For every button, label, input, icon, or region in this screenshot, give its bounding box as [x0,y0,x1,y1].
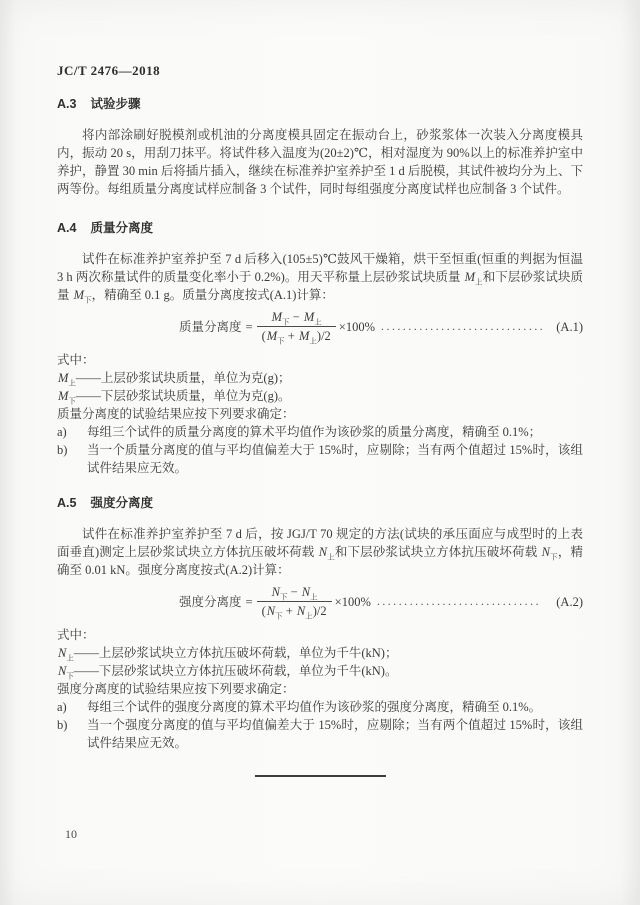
list-text: 每组三个试件的强度分离度的算术平均值作为该砂浆的强度分离度，精确至 0.1%。 [87,698,583,716]
where-label: 式中： [57,351,583,369]
formula-multiplier: ×100% [336,318,375,336]
equals-sign: = [242,593,257,611]
formula-a2: 强度分离度 = N下 − N上 (N下 + N上)/2 ×100% ......… [57,584,583,619]
result-intro: 强度分离度的试验结果应按下列要求确定： [57,680,583,698]
definition-line: N下——下层砂浆试块立方体抗压破坏荷载，单位为千牛(kN)。 [57,662,583,680]
section-number: A.5 [57,496,76,510]
definition-line: M上——上层砂浆试块质量，单位为克(g)； [57,369,583,387]
page-number: 10 [65,825,77,843]
fraction: N下 − N上 (N下 + N上)/2 [257,584,332,619]
paragraph-a3: 将内部涂刷好脱模剂或机油的分离度模具固定在振动台上，砂浆浆体一次装入分离度模具内… [57,126,583,198]
list-marker: a) [57,698,87,716]
formula-label: (A.2) [556,593,583,611]
end-of-document-rule [255,775,386,777]
section-heading-a4: A.4质量分离度 [57,219,583,237]
section-title: 试验步骤 [90,97,140,111]
paragraph-a4: 试件在标准养护室养护至 7 d 后移入(105±5)℃鼓风干燥箱，烘干至恒重(恒… [57,250,583,304]
doc-number: JC/T 2476—2018 [57,62,583,80]
list-text: 每组三个试件的质量分离度的算术平均值作为该砂浆的质量分离度，精确至 0.1%； [87,423,583,441]
section-title: 强度分离度 [90,496,153,510]
definition-line: M下——下层砂浆试块质量，单位为克(g)。 [57,387,583,405]
formula-label: (A.1) [556,318,583,336]
list-marker: b) [57,441,87,477]
list-marker: b) [57,716,87,752]
list-text: 当一个强度分离度的值与平均值偏差大于 15%时，应剔除；当有两个值超过 15%时… [87,716,583,752]
formula-lhs: 强度分离度 [179,593,242,611]
list-marker: a) [57,423,87,441]
fraction: M下 − M上 (M下 + M上)/2 [257,309,336,344]
document-page: JC/T 2476—2018 A.3试验步骤 将内部涂刷好脱模剂或机油的分离度模… [0,0,640,905]
section-heading-a5: A.5强度分离度 [57,494,583,512]
formula-multiplier: ×100% [332,593,371,611]
list-item: b) 当一个质量分离度的值与平均值偏差大于 15%时，应剔除；当有两个值超过 1… [57,441,583,477]
list-item: a) 每组三个试件的强度分离度的算术平均值作为该砂浆的强度分离度，精确至 0.1… [57,698,583,716]
list-text: 当一个质量分离度的值与平均值偏差大于 15%时，应剔除；当有两个值超过 15%时… [87,441,583,477]
fraction-numerator: M下 − M上 [257,309,336,327]
section-number: A.3 [57,97,76,111]
definition-line: N上——上层砂浆试块立方体抗压破坏荷载，单位为千牛(kN)； [57,644,583,662]
section-title: 质量分离度 [90,221,153,235]
list-item: b) 当一个强度分离度的值与平均值偏差大于 15%时，应剔除；当有两个值超过 1… [57,716,583,752]
formula-a1: 质量分离度 = M下 − M上 (M下 + M上)/2 ×100% ......… [57,309,583,344]
result-intro: 质量分离度的试验结果应按下列要求确定： [57,405,583,423]
paragraph-a5: 试件在标准养护室养护至 7 d 后，按 JGJ/T 70 规定的方法(试块的承压… [57,525,583,579]
list-item: a) 每组三个试件的质量分离度的算术平均值作为该砂浆的质量分离度，精确至 0.1… [57,423,583,441]
section-heading-a3: A.3试验步骤 [57,95,583,113]
fraction-denominator: (N下 + N上)/2 [257,602,332,619]
equals-sign: = [242,318,257,336]
formula-lhs: 质量分离度 [179,318,242,336]
where-label: 式中： [57,626,583,644]
dot-leader: .............................. [375,318,556,336]
fraction-numerator: N下 − N上 [257,584,332,602]
section-number: A.4 [57,221,76,235]
fraction-denominator: (M下 + M上)/2 [257,327,336,344]
dot-leader: .............................. [371,593,556,611]
